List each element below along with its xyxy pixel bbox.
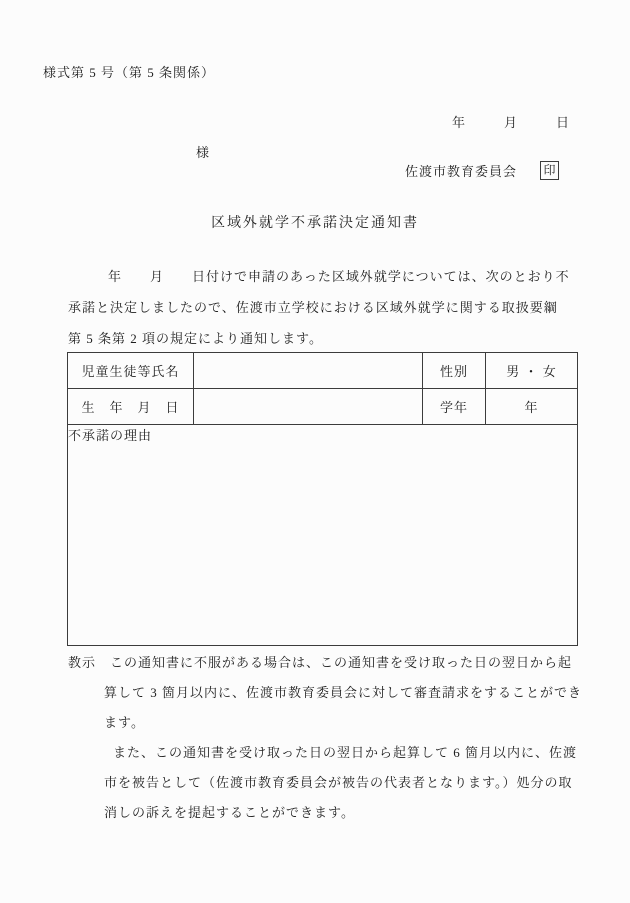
notice-line: 消しの訴えを提起することができます。: [68, 798, 608, 828]
issuer-line: 佐渡市教育委員会 印: [405, 161, 559, 180]
appeal-notice-paragraph: 教示 この通知書に不服がある場合は、この通知書を受け取った日の翌日から起 算して…: [68, 648, 608, 828]
birthdate-label: 生 年 月 日: [68, 389, 194, 425]
grade-value: 年: [486, 389, 578, 425]
date-year-label: 年: [452, 112, 466, 131]
issuer-name: 佐渡市教育委員会: [405, 161, 517, 180]
body-line: 年 月 日付けで申請のあった区域外就学については、次のとおり不: [68, 261, 588, 292]
notice-line: 市を被告として（佐渡市教育委員会が被告の代表者となります。）処分の取: [68, 768, 608, 798]
document-page: 様式第 5 号（第 5 条関係） 年 月 日 様 佐渡市教育委員会 印 区域外就…: [0, 0, 630, 903]
notice-line: 算して 3 箇月以内に、佐渡市教育委員会に対して審査請求をすることができ: [68, 678, 608, 708]
table-row-birthdate: 生 年 月 日 学年 年: [68, 389, 578, 425]
body-line: 第 5 条第 2 項の規定により通知します。: [68, 323, 588, 354]
document-title: 区域外就学不承諾決定通知書: [0, 212, 630, 232]
date-month-label: 月: [504, 112, 518, 131]
notice-line: また、この通知書を受け取った日の翌日から起算して 6 箇月以内に、佐渡: [68, 738, 608, 768]
student-name-label: 児童生徒等氏名: [68, 353, 194, 389]
body-paragraph: 年 月 日付けで申請のあった区域外就学については、次のとおり不 承諾と決定しまし…: [68, 261, 588, 354]
grade-label: 学年: [423, 389, 486, 425]
gender-options: 男 ・ 女: [486, 353, 578, 389]
addressee-honorific: 様: [196, 142, 210, 161]
seal-placeholder: 印: [540, 161, 559, 180]
birthdate-value-cell: [194, 389, 423, 425]
notice-line: ます。: [68, 708, 608, 738]
date-line: 年 月 日: [452, 112, 570, 131]
form-number: 様式第 5 号（第 5 条関係）: [43, 62, 215, 81]
table-row-name: 児童生徒等氏名 性別 男 ・ 女: [68, 353, 578, 389]
table-row-reason: 不承諾の理由: [68, 425, 578, 646]
student-info-table: 児童生徒等氏名 性別 男 ・ 女 生 年 月 日 学年 年 不承諾の理由: [67, 352, 578, 646]
body-line: 承諾と決定しましたので、佐渡市立学校における区域外就学に関する取扱要綱: [68, 292, 588, 323]
reason-cell: 不承諾の理由: [68, 425, 578, 646]
student-name-value-cell: [194, 353, 423, 389]
notice-line: 教示 この通知書に不服がある場合は、この通知書を受け取った日の翌日から起: [68, 648, 608, 678]
reason-label: 不承諾の理由: [68, 428, 152, 443]
gender-label: 性別: [423, 353, 486, 389]
date-day-label: 日: [556, 112, 570, 131]
